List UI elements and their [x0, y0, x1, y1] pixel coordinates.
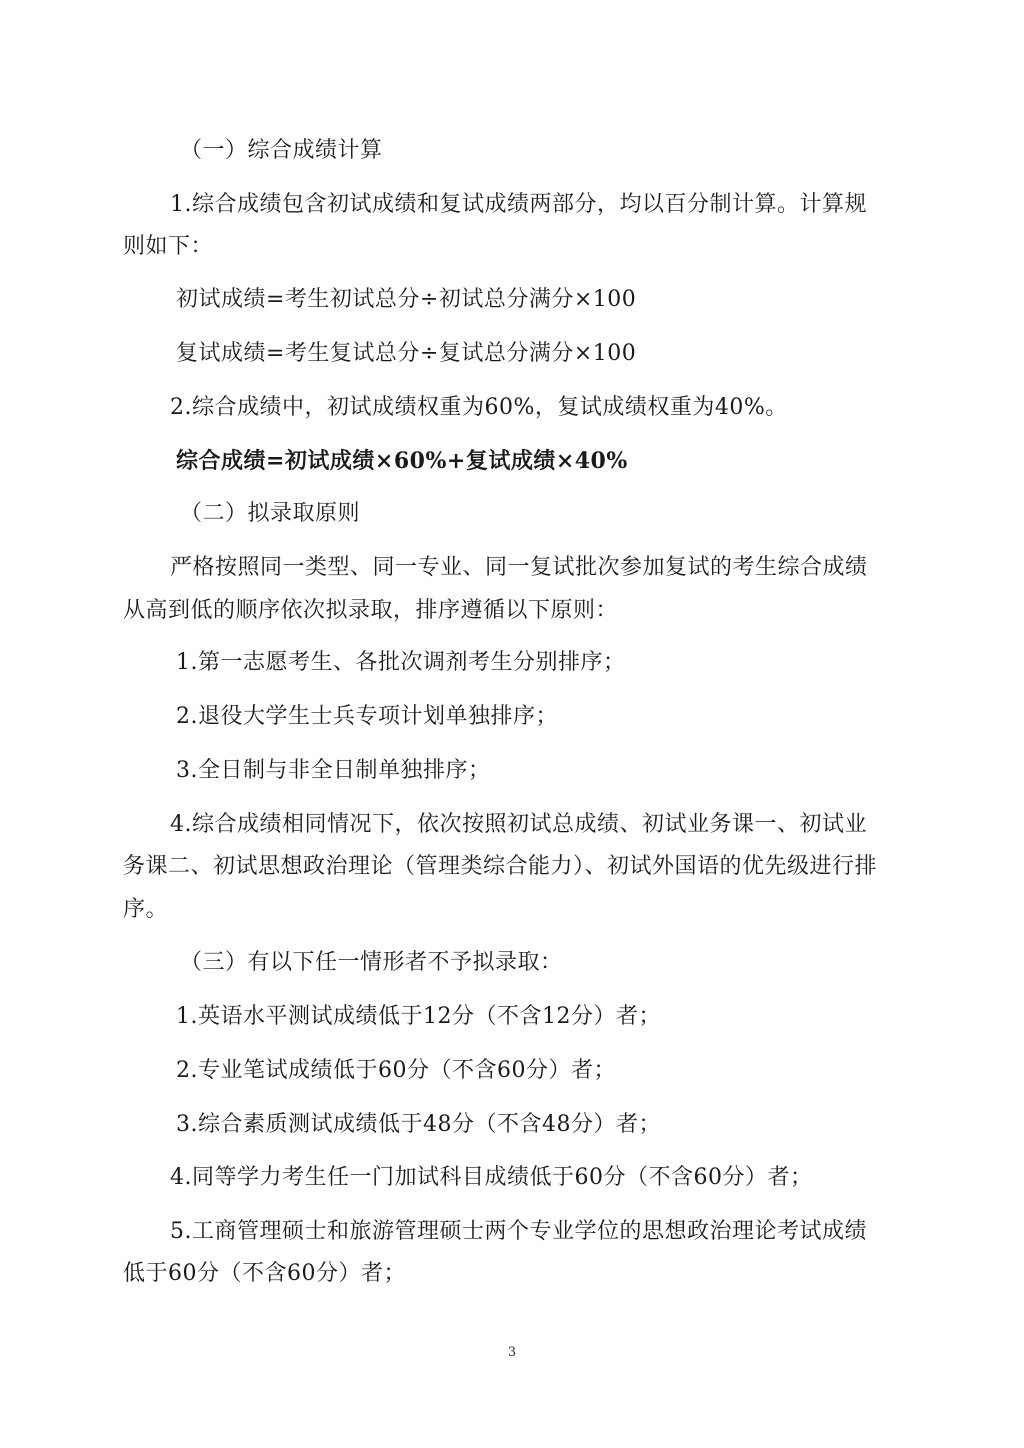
- bold-formula-line: 综合成绩=初试成绩×60%+复试成绩×40%: [176, 446, 628, 476]
- formula-line: 初试成绩=考生初试总分÷初试总分满分×100: [176, 285, 636, 315]
- paragraph-line: 序。: [123, 895, 168, 925]
- section-heading-2: （二）拟录取原则: [180, 499, 360, 529]
- list-item: 1.第一志愿考生、各批次调剂考生分别排序；: [176, 648, 626, 678]
- paragraph-line: 低于60分（不含60分）者；: [123, 1259, 406, 1289]
- section-heading-1: （一）综合成绩计算: [180, 136, 383, 166]
- section-heading-3: （三）有以下任一情形者不予拟录取：: [180, 948, 563, 978]
- list-item: 2.专业笔试成绩低于60分（不含60分）者；: [176, 1056, 616, 1086]
- paragraph-line: 从高到低的顺序依次拟录取，排序遵循以下原则：: [123, 596, 618, 626]
- formula-line: 复试成绩=考生复试总分÷复试总分满分×100: [176, 339, 636, 369]
- list-item: 1.英语水平测试成绩低于12分（不含12分）者；: [176, 1002, 661, 1032]
- paragraph-line: 务课二、初试思想政治理论（管理类综合能力）、初试外国语的优先级进行排: [123, 852, 877, 882]
- paragraph-line: 2.综合成绩中，初试成绩权重为60%，复试成绩权重为40%。: [170, 393, 788, 423]
- page-number: 3: [0, 1345, 1024, 1360]
- list-item: 3.全日制与非全日制单独排序；: [176, 756, 491, 786]
- paragraph-line: 严格按照同一类型、同一专业、同一复试批次参加复试的考生综合成绩: [170, 553, 868, 583]
- paragraph-line: 则如下：: [123, 232, 213, 262]
- list-item: 4.同等学力考生任一门加试科目成绩低于60分（不含60分）者；: [170, 1163, 812, 1193]
- list-item: 5.工商管理硕士和旅游管理硕士两个专业学位的思想政治理论考试成绩: [170, 1217, 867, 1247]
- list-item: 3.综合素质测试成绩低于48分（不含48分）者；: [176, 1110, 661, 1140]
- list-item: 2.退役大学生士兵专项计划单独排序；: [176, 702, 558, 732]
- paragraph-line: 1.综合成绩包含初试成绩和复试成绩两部分，均以百分制计算。计算规: [170, 190, 867, 220]
- list-item: 4.综合成绩相同情况下，依次按照初试总成绩、初试业务课一、初试业: [170, 810, 867, 840]
